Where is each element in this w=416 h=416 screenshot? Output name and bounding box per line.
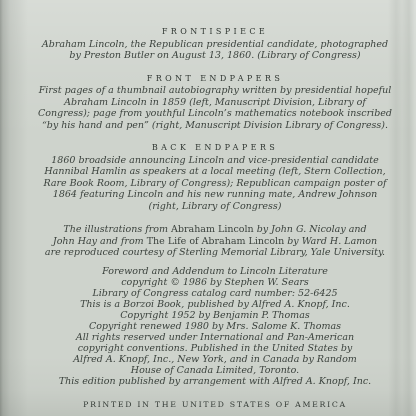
colophon-section: FRONT ENDPAPERSFirst pages of a thumbnai… [28,74,402,132]
copyright-line: All rights reserved under International … [28,332,402,343]
caption-line: “by his hand and pen” (right, Manuscript… [28,120,402,132]
copyright-block: Foreword and Addendum to Lincoln Literat… [28,266,402,388]
colophon: FRONTISPIECEAbraham Lincoln, the Republi… [28,27,402,409]
caption-line: Hannibal Hamlin as speakers at a local m… [28,166,402,178]
sections: FRONTISPIECEAbraham Lincoln, the Republi… [28,27,402,212]
illustrations-note: The illustrations from Abraham Lincoln b… [28,224,402,259]
book-title-text: Abraham Lincoln [171,224,254,235]
copyright-line: Foreword and Addendum to Lincoln Literat… [28,266,402,277]
section-heading: BACK ENDPAPERS [28,143,402,152]
italic-text: John Hay and from [53,236,147,247]
copyright-line: This edition published by arrangement wi… [28,376,402,387]
colophon-section: FRONTISPIECEAbraham Lincoln, the Republi… [28,27,402,62]
section-heading: FRONTISPIECE [28,27,402,36]
colophon-section: BACK ENDPAPERS1860 broadside announcing … [28,143,402,212]
copyright-line: copyright conventions. Published in the … [28,343,402,354]
italic-text: The illustrations from [63,224,171,235]
copyright-line: Alfred A. Knopf, Inc., New York, and in … [28,354,402,365]
book-title-text: The Life of Abraham Lincoln [147,236,284,247]
illustrations-line: The illustrations from Abraham Lincoln b… [28,224,402,236]
caption-line: 1860 broadside announcing Lincoln and vi… [28,155,402,167]
italic-text: are reproduced courtesy of Sterling Memo… [45,247,385,258]
copyright-line: Library of Congress catalog card number:… [28,288,402,299]
copyright-line: House of Canada Limited, Toronto. [28,365,402,376]
copyright-line: Copyright 1952 by Benjamin P. Thomas [28,310,402,321]
caption-line: Abraham Lincoln, the Republican presiden… [28,39,402,51]
caption-line: (right, Library of Congress) [28,201,402,213]
copyright-line: copyright © 1986 by Stephen W. Sears [28,277,402,288]
illustrations-line: John Hay and from The Life of Abraham Li… [28,236,402,248]
caption-line: Rare Book Room, Library of Congress); Re… [28,178,402,190]
section-heading: FRONT ENDPAPERS [28,74,402,83]
illustrations-line: are reproduced courtesy of Sterling Memo… [28,247,402,259]
copyright-line: This is a Borzoi Book, published by Alfr… [28,299,402,310]
copyright-line: Copyright renewed 1980 by Mrs. Salome K.… [28,321,402,332]
caption-line: Abraham Lincoln in 1859 (left, Manuscrip… [28,97,402,109]
printed-line: PRINTED IN THE UNITED STATES OF AMERICA [28,400,402,409]
caption-line: 1864 featuring Lincoln and his new runni… [28,189,402,201]
italic-text: by John G. Nicolay and [254,224,367,235]
book-page-photo: FRONTISPIECEAbraham Lincoln, the Republi… [0,0,416,416]
italic-text: by Ward H. Lamon [284,236,377,247]
caption-line: by Preston Butler on August 13, 1860. (L… [28,50,402,62]
caption-line: First pages of a thumbnail autobiography… [28,85,402,97]
caption-line: Congress); page from youthful Lincoln’s … [28,108,402,120]
